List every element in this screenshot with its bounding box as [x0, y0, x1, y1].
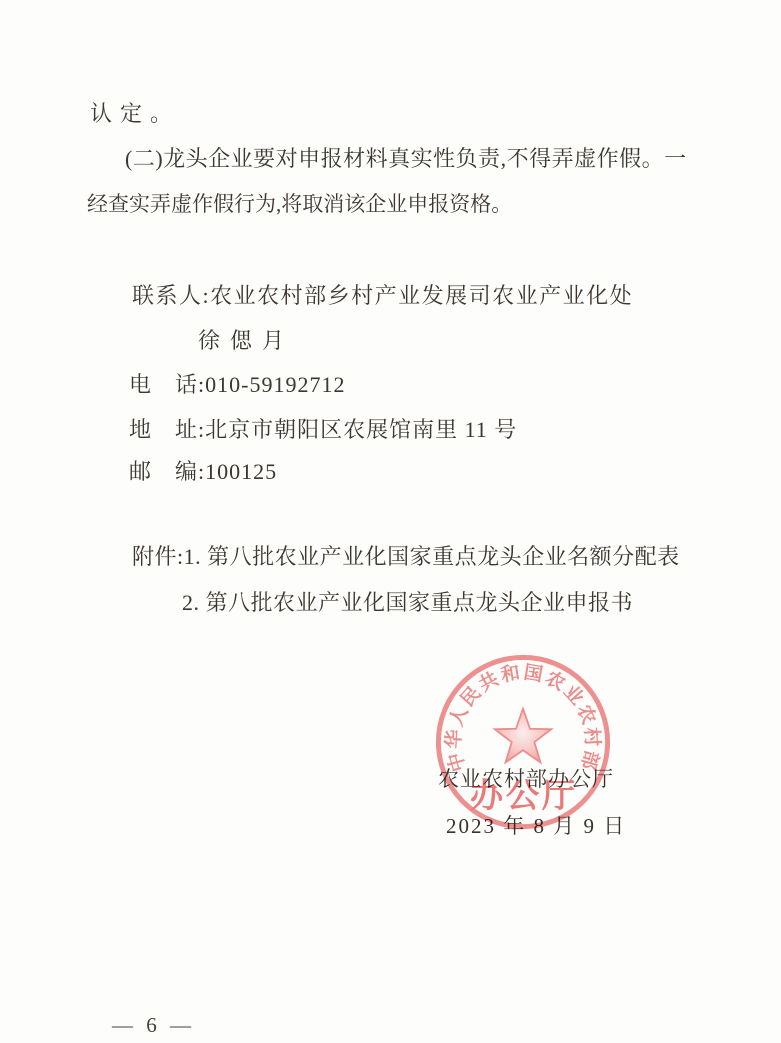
- page-number: — 6 —: [112, 1012, 195, 1038]
- attachment-line-2: 2. 第八批农业产业化国家重点龙头企业申报书: [182, 589, 633, 617]
- body-line-3: 经查实弄虚作假行为,将取消该企业申报资格。: [87, 191, 512, 217]
- seal-ring: [438, 657, 607, 826]
- official-seal: 中华人民共和国农业农村部 办公厅: [433, 652, 613, 832]
- body-line-2: (二)龙头企业要对申报材料真实性负责,不得弄虚作假。一: [125, 145, 687, 173]
- contact-phone-line: 电 话:010-59192712: [129, 371, 345, 399]
- contact-postal-code-line: 邮 编:100125: [129, 458, 277, 486]
- attachment-line-1: 附件:1. 第八批农业产业化国家重点龙头企业名额分配表: [132, 543, 680, 571]
- scanned-document-page: 认定。 (二)龙头企业要对申报材料真实性负责,不得弄虚作假。一 经查实弄虚作假行…: [0, 0, 781, 1043]
- seal-star-icon: [495, 709, 552, 763]
- body-line-1: 认定。: [90, 100, 180, 128]
- seal-ring-text: 中华人民共和国农业农村部: [442, 661, 605, 774]
- contact-address-line: 地 址:北京市朝阳区农展馆南里 11 号: [129, 416, 517, 444]
- seal-ring-text-holder: 中华人民共和国农业农村部: [442, 661, 605, 774]
- contact-person-name: 徐偲月: [198, 327, 294, 355]
- sign-off-date: 2023 年 8 月 9 日: [446, 813, 626, 839]
- sign-off-department: 农业农村部办公厅: [438, 766, 614, 792]
- contact-person-line: 联系人:农业农村部乡村产业发展司农业产业化处: [132, 282, 633, 310]
